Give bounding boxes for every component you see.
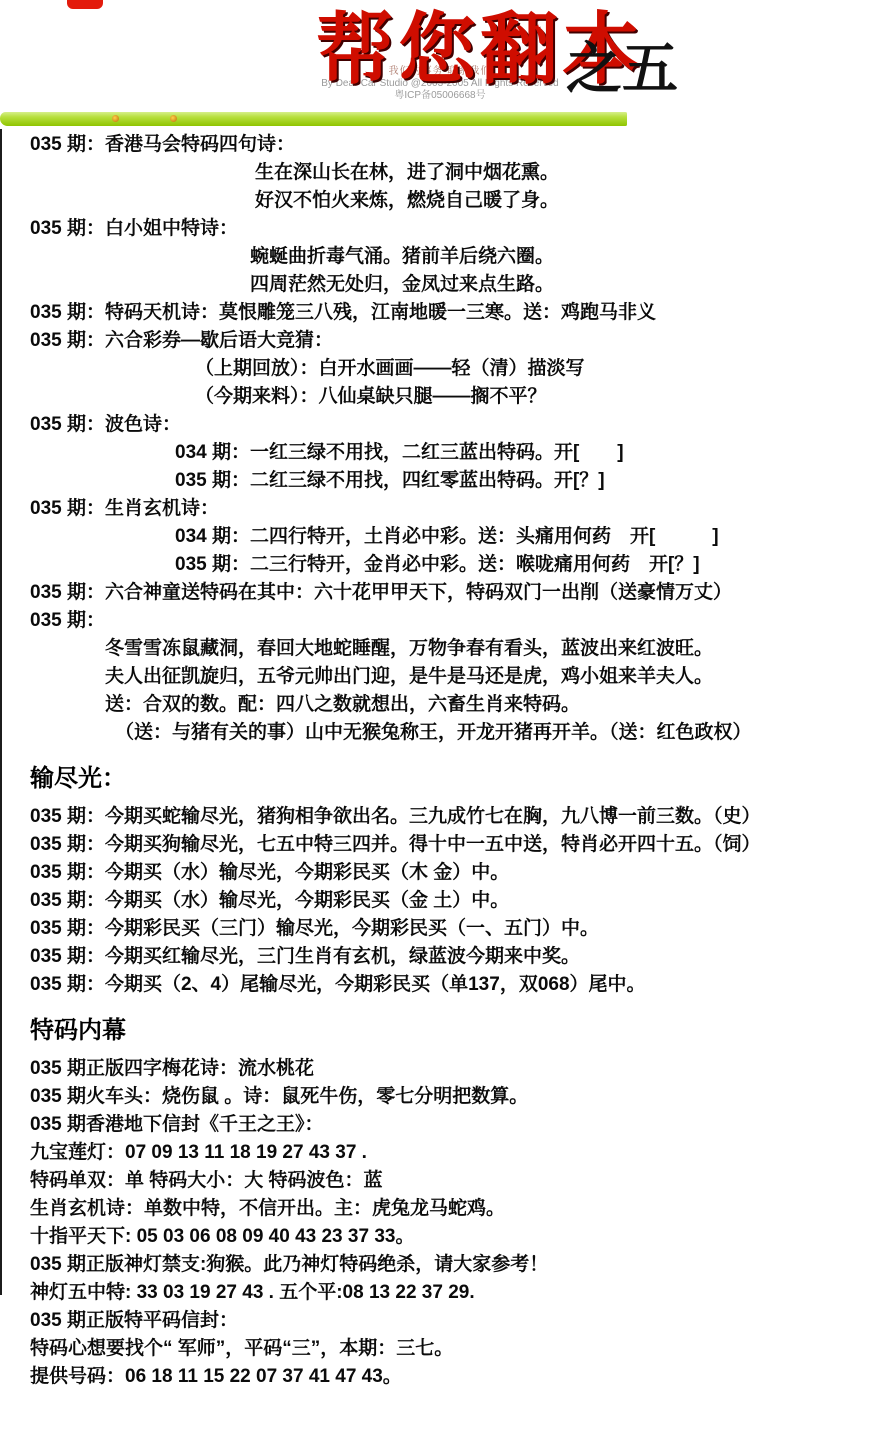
text-line: 035 期：香港马会特码四句诗： bbox=[30, 131, 880, 159]
section-heading: 输尽光： bbox=[30, 764, 880, 794]
text-line: 神灯五中特: 33 03 19 27 43 . 五个平:08 13 22 37 … bbox=[30, 1279, 880, 1307]
text-line: 生在深山长在林，进了洞中烟花熏。 bbox=[255, 159, 880, 187]
text-line: 035 期：六合神童送特码在其中：六十花甲甲天下，特码双门一出削（送豪情万丈） bbox=[30, 579, 880, 607]
page-header: 我们的事务 联系我们 By Dear-Car Studio @2003-2005… bbox=[0, 0, 880, 130]
text-line: 九宝莲灯：07 09 13 11 18 19 27 43 37 . bbox=[30, 1139, 880, 1167]
text-line: 蜿蜒曲折毒气涌。猪前羊后绕六圈。 bbox=[250, 243, 880, 271]
corner-red-mark bbox=[67, 0, 103, 9]
text-line: 特码心想要找个“ 军师”，平码“三”，本期：三七。 bbox=[30, 1335, 880, 1363]
text-line: 035 期：波色诗： bbox=[30, 411, 880, 439]
text-line: 提供号码：06 18 11 15 22 07 37 41 47 43。 bbox=[30, 1363, 880, 1391]
text-line: 035 期：今期买蛇输尽光，猪狗相争欲出名。三九成竹七在胸，九八博一前三数。（史… bbox=[30, 803, 880, 831]
text-line: 十指平天下: 05 03 06 08 09 40 43 23 37 33。 bbox=[30, 1223, 880, 1251]
text-line: 035 期：今期彩民买（三门）输尽光，今期彩民买（一、五门）中。 bbox=[30, 915, 880, 943]
text-line: 035 期正版四字梅花诗：流水桃花 bbox=[30, 1055, 880, 1083]
text-line: 冬雪雪冻鼠藏洞，春回大地蛇睡醒，万物争春有看头，蓝波出来红波旺。 bbox=[105, 635, 880, 663]
text-line: 034 期：二四行特开，土肖必中彩。送：头痛用何药 开[ ] bbox=[175, 523, 880, 551]
text-line: 035 期：六合彩券—歇后语大竞猜： bbox=[30, 327, 880, 355]
text-line: 035 期：今期买（水）输尽光，今期彩民买（金 土）中。 bbox=[30, 887, 880, 915]
text-line: 四周茫然无处归，金凤过来点生路。 bbox=[250, 271, 880, 299]
text-line: 035 期：二三行特开，金肖必中彩。送：喉咙痛用何药 开[？] bbox=[175, 551, 880, 579]
text-line: （送：与猪有关的事）山中无猴兔称王，开龙开猪再开羊。（送：红色政权） bbox=[115, 719, 880, 747]
page-title-suffix: 之五 bbox=[566, 40, 678, 100]
text-line: 035 期正版特平码信封： bbox=[30, 1307, 880, 1335]
text-line: 035 期： bbox=[30, 607, 880, 635]
text-line: 035 期：今期买狗输尽光，七五中特三四并。得十中一五中送，特肖必开四十五。（饲… bbox=[30, 831, 880, 859]
green-divider-band bbox=[0, 112, 627, 126]
text-line: 夫人出征凯旋归，五爷元帅出门迎，是牛是马还是虎，鸡小姐来羊夫人。 bbox=[105, 663, 880, 691]
text-line: 特码单双：单 特码大小：大 特码波色：蓝 bbox=[30, 1167, 880, 1195]
text-line: （上期回放）：白开水画画——轻（清）描淡写 bbox=[195, 355, 880, 383]
text-line: （今期来料）：八仙桌缺只腿——搁不平？ bbox=[195, 383, 880, 411]
text-line: 035 期：生肖玄机诗： bbox=[30, 495, 880, 523]
text-line: 035 期火车头：烧伤鼠 。诗：鼠死牛伤，零七分明把数算。 bbox=[30, 1083, 880, 1111]
section-heading: 特码内幕 bbox=[30, 1016, 880, 1046]
text-line: 生肖玄机诗：单数中特，不信开出。主：虎兔龙马蛇鸡。 bbox=[30, 1195, 880, 1223]
text-line: 035 期正版神灯禁支:狗猴。此乃神灯特码绝杀，请大家参考！ bbox=[30, 1251, 880, 1279]
text-line: 035 期：今期买红输尽光，三门生肖有玄机，绿蓝波今期来中奖。 bbox=[30, 943, 880, 971]
text-line: 好汉不怕火来炼，燃烧自己暖了身。 bbox=[255, 187, 880, 215]
text-line: 035 期香港地下信封《千王之王》： bbox=[30, 1111, 880, 1139]
band-dot-icon bbox=[112, 115, 119, 122]
text-line: 035 期：特码天机诗：莫恨雕笼三八残，江南地暖一三寒。送：鸡跑马非义 bbox=[30, 299, 880, 327]
text-line: 034 期：一红三绿不用找，二红三蓝出特码。开[ ] bbox=[175, 439, 880, 467]
tips-text-block: 035 期：香港马会特码四句诗：生在深山长在林，进了洞中烟花熏。好汉不怕火来炼，… bbox=[0, 131, 880, 1391]
text-line: 035 期：白小姐中特诗： bbox=[30, 215, 880, 243]
text-line: 035 期：今期买（水）输尽光，今期彩民买（木 金）中。 bbox=[30, 859, 880, 887]
text-line: 送：合双的数。配：四八之数就想出，六畜生肖来特码。 bbox=[105, 691, 880, 719]
text-line: 035 期：二红三绿不用找，四红零蓝出特码。开[？] bbox=[175, 467, 880, 495]
band-dot-icon bbox=[170, 115, 177, 122]
text-line: 035 期：今期买（2、4）尾输尽光，今期彩民买（单137，双068）尾中。 bbox=[30, 971, 880, 999]
